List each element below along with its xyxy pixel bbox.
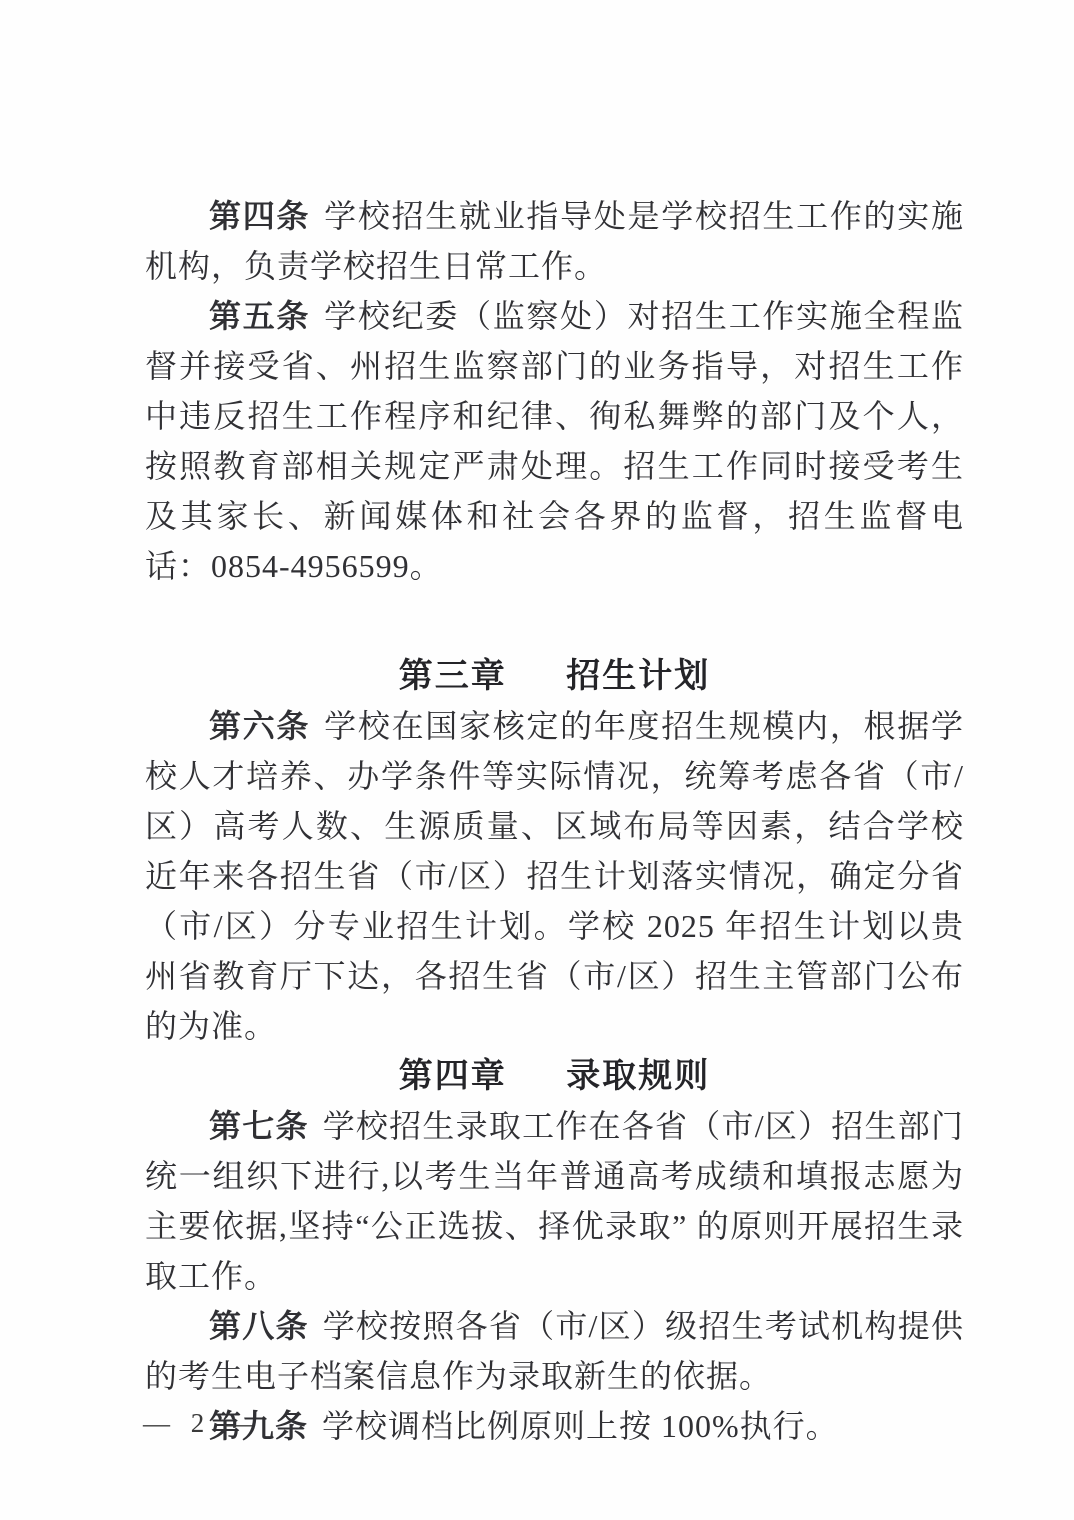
article-8-paragraph: 第八条学校按照各省（市/区）级招生考试机构提供的考生电子档案信息作为录取新生的依… xyxy=(145,1301,964,1401)
chapter-3-heading: 第三章招生计划 xyxy=(145,651,964,701)
chapter-3-number: 第三章 xyxy=(399,657,507,695)
article-9-paragraph: 第九条学校调档比例原则上按 100%执行。 xyxy=(145,1401,964,1451)
article-6-label: 第六条 xyxy=(209,708,310,744)
article-4-label: 第四条 xyxy=(209,198,310,234)
article-5-text: 学校纪委（监察处）对招生工作实施全程监督并接受省、州招生监察部门的业务指导，对招… xyxy=(145,298,964,584)
article-6-paragraph: 第六条学校在国家核定的年度招生规模内，根据学校人才培养、办学条件等实际情况，统筹… xyxy=(145,701,964,1051)
chapter-4-title: 录取规则 xyxy=(566,1057,710,1095)
article-8-label: 第八条 xyxy=(209,1308,309,1344)
chapter-3-title: 招生计划 xyxy=(566,657,710,695)
article-7-label: 第七条 xyxy=(209,1108,309,1144)
article-9-text: 学校调档比例原则上按 100%执行。 xyxy=(322,1408,839,1444)
page-number: — 2 — xyxy=(143,1408,254,1439)
document-page: 第四条学校招生就业指导处是学校招生工作的实施机构，负责学校招生日常工作。 第五条… xyxy=(0,0,1074,1520)
chapter-4-heading: 第四章录取规则 xyxy=(145,1051,964,1101)
chapter-4-number: 第四章 xyxy=(399,1057,507,1095)
article-4-paragraph: 第四条学校招生就业指导处是学校招生工作的实施机构，负责学校招生日常工作。 xyxy=(145,191,964,291)
article-5-label: 第五条 xyxy=(209,298,310,334)
article-5-paragraph: 第五条学校纪委（监察处）对招生工作实施全程监督并接受省、州招生监察部门的业务指导… xyxy=(145,291,964,591)
article-7-paragraph: 第七条学校招生录取工作在各省（市/区）招生部门统一组织下进行,以考生当年普通高考… xyxy=(145,1101,964,1301)
article-6-text: 学校在国家核定的年度招生规模内，根据学校人才培养、办学条件等实际情况，统筹考虑各… xyxy=(145,708,964,1044)
